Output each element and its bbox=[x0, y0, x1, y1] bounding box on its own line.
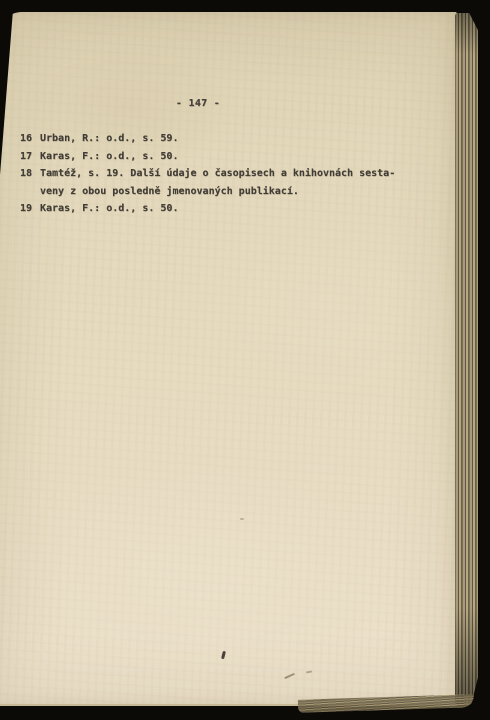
book-page: - 147 - 16Urban, R.: o.d., s. 59.17Karas… bbox=[0, 12, 457, 706]
page-edges-right bbox=[455, 13, 478, 705]
footnote-text: Urban, R.: o.d., s. 59. bbox=[40, 130, 438, 148]
footnote-text: Karas, F.: o.d., s. 50. bbox=[40, 148, 438, 166]
footnote-line: Tamtéž, s. 19. Další údaje o časopisech … bbox=[40, 165, 438, 183]
paper-scratch bbox=[284, 673, 295, 679]
footnote-number: 19 bbox=[20, 200, 40, 218]
footnote-line: veny z obou posledně jmenovaných publika… bbox=[40, 183, 438, 201]
footnote-row: 16Urban, R.: o.d., s. 59. bbox=[0, 130, 438, 148]
footnote-number: 16 bbox=[20, 130, 40, 148]
ink-speck bbox=[221, 651, 225, 659]
footnote-row: 17Karas, F.: o.d., s. 50. bbox=[0, 148, 438, 166]
footnote-line: Karas, F.: o.d., s. 50. bbox=[40, 148, 438, 166]
footnote-line: Urban, R.: o.d., s. 59. bbox=[40, 130, 438, 148]
page-number: - 147 - bbox=[148, 98, 248, 109]
paper-scratch bbox=[240, 518, 244, 520]
paper-texture bbox=[0, 12, 457, 704]
footnote-line: Karas, F.: o.d., s. 50. bbox=[40, 200, 438, 218]
footnote-number: 18 bbox=[20, 165, 40, 183]
book-photo: - 147 - 16Urban, R.: o.d., s. 59.17Karas… bbox=[0, 0, 490, 720]
footnote-row: 18Tamtéž, s. 19. Další údaje o časopisec… bbox=[0, 165, 438, 200]
paper-scratch bbox=[306, 670, 312, 673]
footnotes-list: 16Urban, R.: o.d., s. 59.17Karas, F.: o.… bbox=[0, 130, 438, 218]
footnote-row: 19Karas, F.: o.d., s. 50. bbox=[0, 200, 438, 218]
footnote-text: Karas, F.: o.d., s. 50. bbox=[40, 200, 438, 218]
footnote-number: 17 bbox=[20, 148, 40, 166]
footnote-text: Tamtéž, s. 19. Další údaje o časopisech … bbox=[40, 165, 438, 200]
